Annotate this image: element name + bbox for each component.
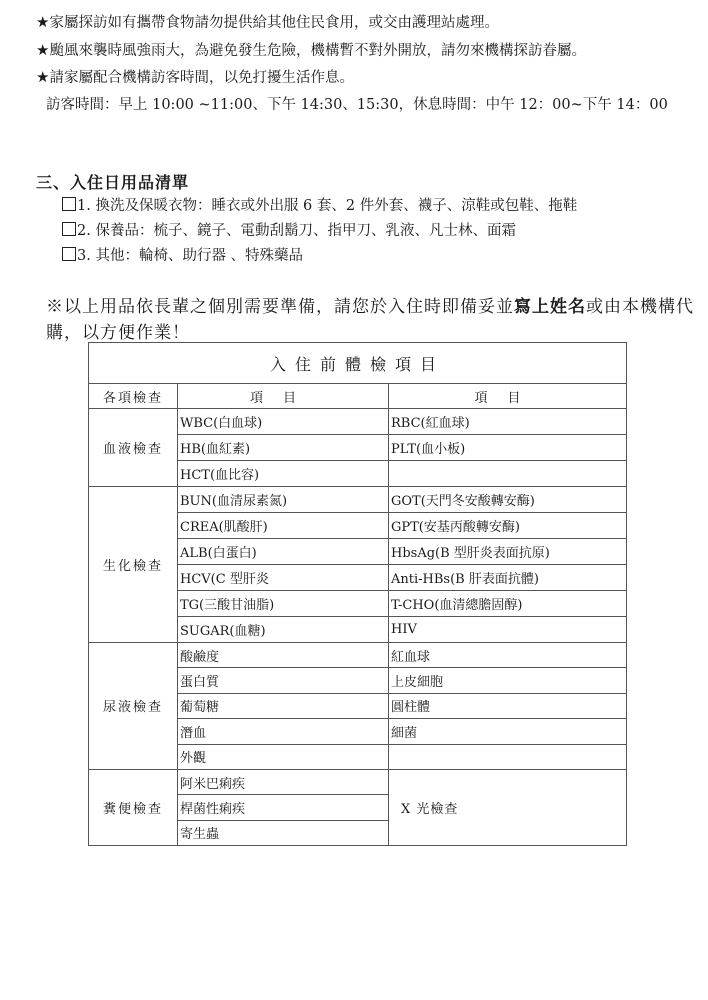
preparation-note: ※以上用品依長輩之個別需要準備，請您於入住時即備妥並寫上姓名或由本機構代購，以方… xyxy=(46,294,696,346)
checklist-text: 2. 保養品：梳子、鏡子、電動刮鬍刀、指甲刀、乳液、凡士林、面霜 xyxy=(77,223,516,239)
table-cell: HCV(C 型肝炎 xyxy=(178,565,389,591)
table-title: 入住前體檢項目 xyxy=(89,343,627,384)
star-bullet-icon: ★ xyxy=(36,13,49,31)
visiting-hours: 訪客時間：早上 10:00 ~11:00、下午 14:30、15:30，休息時間… xyxy=(46,95,668,115)
checklist-item-clothing: 1. 換洗及保暖衣物：睡衣或外出服 6 套、2 件外套、襪子、涼鞋或包鞋、拖鞋 xyxy=(62,196,577,216)
table-row: 尿液檢查 酸鹼度 紅血球 xyxy=(89,643,627,668)
table-cell: TG(三酸甘油脂) xyxy=(178,591,389,617)
star-bullet-icon: ★ xyxy=(36,68,49,86)
category-urine: 尿液檢查 xyxy=(89,643,178,770)
notice-visiting: ★請家屬配合機構訪客時間，以免打擾生活作息。 xyxy=(36,67,354,88)
checklist-item-other: 3. 其他：輪椅、助行器 、特殊藥品 xyxy=(62,246,303,266)
table-cell xyxy=(389,461,627,487)
table-cell: Anti-HBs(B 肝表面抗體) xyxy=(389,565,627,591)
note-bold: 寫上姓名 xyxy=(514,297,586,317)
table-row: 血液檢查 WBC(白血球) RBC(紅血球) xyxy=(89,409,627,435)
table-cell: BUN(血清尿素氮) xyxy=(178,487,389,513)
table-cell: RBC(紅血球) xyxy=(389,409,627,435)
table-cell: HbsAg(B 型肝炎表面抗原) xyxy=(389,539,627,565)
table-cell: 圓柱體 xyxy=(389,693,627,718)
table-cell: 紅血球 xyxy=(389,643,627,668)
table-cell: 桿菌性痢疾 xyxy=(178,795,389,820)
checkbox[interactable] xyxy=(62,247,76,261)
category-blood: 血液檢查 xyxy=(89,409,178,487)
star-bullet-icon: ★ xyxy=(36,41,49,59)
table-cell: PLT(血小板) xyxy=(389,435,627,461)
table-cell: SUGAR(血糖) xyxy=(178,617,389,643)
table-cell: HB(血紅素) xyxy=(178,435,389,461)
header-item-a: 項目 xyxy=(178,384,389,409)
table-row: 生化檢查 BUN(血清尿素氮) GOT(天門冬安酸轉安酶) xyxy=(89,487,627,513)
table-cell: GOT(天門冬安酸轉安酶) xyxy=(389,487,627,513)
notice-food: ★家屬探訪如有攜帶食物請勿提供給其他住民食用，或交由護理站處理。 xyxy=(36,12,499,33)
category-stool: 糞便檢查 xyxy=(89,769,178,845)
table-cell: 葡萄糖 xyxy=(178,693,389,718)
table-cell: GPT(安基丙酸轉安酶) xyxy=(389,513,627,539)
table-cell: 寄生蟲 xyxy=(178,820,389,845)
table-cell: ALB(白蛋白) xyxy=(178,539,389,565)
table-cell: WBC(白血球) xyxy=(178,409,389,435)
table-cell: HCT(血比容) xyxy=(178,461,389,487)
table-header-row: 各項檢查 項目 項目 xyxy=(89,384,627,409)
checkbox[interactable] xyxy=(62,197,76,211)
checklist-text: 3. 其他：輪椅、助行器 、特殊藥品 xyxy=(77,248,303,264)
notice-text: 家屬探訪如有攜帶食物請勿提供給其他住民食用，或交由護理站處理。 xyxy=(49,15,499,31)
checkbox[interactable] xyxy=(62,222,76,236)
checklist-text: 1. 換洗及保暖衣物：睡衣或外出服 6 套、2 件外套、襪子、涼鞋或包鞋、拖鞋 xyxy=(77,198,577,214)
table-cell: 外觀 xyxy=(178,744,389,769)
table-cell: 阿米巴痢疾 xyxy=(178,769,389,794)
section-heading: 三、入住日用品清單 xyxy=(36,170,189,193)
table-row: 糞便檢查 阿米巴痢疾 X 光檢查 xyxy=(89,769,627,794)
exam-items-table: 入住前體檢項目 各項檢查 項目 項目 血液檢查 WBC(白血球) RBC(紅血球… xyxy=(88,342,627,846)
table-cell: 蛋白質 xyxy=(178,668,389,693)
checklist-item-toiletries: 2. 保養品：梳子、鏡子、電動刮鬍刀、指甲刀、乳液、凡士林、面霜 xyxy=(62,221,516,241)
table-cell xyxy=(389,744,627,769)
notice-text: 請家屬配合機構訪客時間，以免打擾生活作息。 xyxy=(49,70,354,86)
table-cell: 酸鹼度 xyxy=(178,643,389,668)
table-title-row: 入住前體檢項目 xyxy=(89,343,627,384)
xray-exam-cell: X 光檢查 xyxy=(389,769,627,845)
note-prefix: ※以上用品依長輩之個別需要準備，請您於入住時即備妥並 xyxy=(46,297,514,317)
notice-text: 颱風來襲時風強雨大，為避免發生危險，機構暫不對外開放，請勿來機構探訪眷屬。 xyxy=(49,43,586,59)
table-cell: HIV xyxy=(389,617,627,643)
header-category: 各項檢查 xyxy=(89,384,178,409)
table-cell: 細菌 xyxy=(389,719,627,744)
notice-typhoon: ★颱風來襲時風強雨大，為避免發生危險，機構暫不對外開放，請勿來機構探訪眷屬。 xyxy=(36,40,586,61)
category-biochem: 生化檢查 xyxy=(89,487,178,643)
table-cell: CREA(肌酸肝) xyxy=(178,513,389,539)
table-cell: 上皮細胞 xyxy=(389,668,627,693)
table-cell: 潛血 xyxy=(178,719,389,744)
header-item-b: 項目 xyxy=(389,384,627,409)
table-cell: T-CHO(血清總膽固醇) xyxy=(389,591,627,617)
